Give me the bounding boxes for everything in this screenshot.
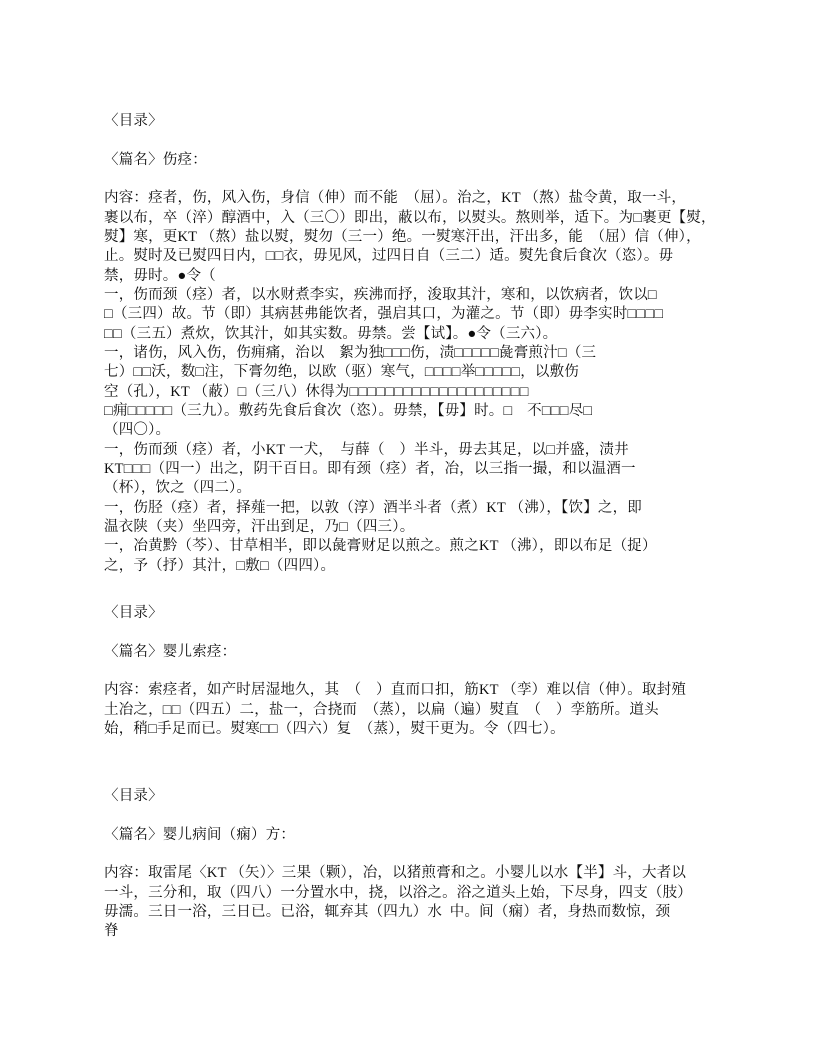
content-line: （四〇）。 (104, 421, 764, 440)
toc-marker: 〈目录〉 (104, 787, 764, 806)
blank-line (104, 131, 764, 150)
content-line: 禁，毋时。●令（ (104, 267, 764, 286)
section-yinger-bingjian: 〈目录〉 〈篇名〉婴儿病间（痫）方： 内容：取雷尾〈KT （矢）〉三果（颗），冶… (104, 787, 764, 942)
content-line: 温衣陕（夹）坐四旁，汗出到足，乃□（四三）。 (104, 518, 764, 537)
content-line: 熨】寒，更KT （熬）盐以熨，熨勿（三一）绝。一熨寒汗出，汗出多，能 （屈）信（… (104, 228, 764, 247)
blank-line (104, 170, 764, 189)
content-line: 毋濡。三日一浴，三日已。已浴，辄弃其（四九）水 中。间（痫）者，身热而数惊，颈 (104, 903, 764, 922)
content-line: 裹以布，卒（淬）醇酒中，入（三〇）即出，蔽以布，以熨头。熬则举，适下。为□裹更【… (104, 209, 764, 228)
blank-line (104, 845, 764, 864)
content-line: □□（三五）煮炊，饮其汁，如其实数。毋禁。尝【试】。●令（三六）。 (104, 325, 764, 344)
content-line: 七）□□沃，数□注，下膏勿绝，以欧（驱）寒气，□□□□举□□□□□，以敷伤 (104, 363, 764, 382)
document-page: 〈目录〉 〈篇名〉伤痉： 内容：痉者，伤，风入伤，身信（伸）而不能 （屈）。治之… (0, 0, 816, 1056)
content-line: 一，伤而颈（痉）者，小KT 一犬， 与薛（ ）半斗，毋去其足，以□并盛，渍井 (104, 441, 764, 460)
content-line: 之，予（抒）其汁，□敷□（四四）。 (104, 557, 764, 576)
section-title: 〈篇名〉伤痉： (104, 151, 764, 170)
content-line: 内容：索痉者，如产时居湿地久，其 （ ）直而口扣，筋KT （孪）难以信（伸）。取… (104, 681, 764, 700)
blank-line (104, 806, 764, 825)
content-line: 一斗，三分和，取（四八）一分置水中，挠，以浴之。浴之道头上始，下尽身，四支（肢） (104, 884, 764, 903)
content-line: 土冶之，□□（四五）二，盐一，合挠而 （蒸），以扁（遍）熨直 （ ）孪筋所。道头 (104, 701, 764, 720)
content-line: □（三四）故。节（即）其病甚弗能饮者，强启其口，为灌之。节（即）毋李实时□□□□ (104, 305, 764, 324)
section-content: 内容：索痉者，如产时居湿地久，其 （ ）直而口扣，筋KT （孪）难以信（伸）。取… (104, 681, 764, 739)
section-yinger-suojing: 〈目录〉 〈篇名〉婴儿索痉： 内容：索痉者，如产时居湿地久，其 （ ）直而口扣，… (104, 604, 764, 739)
content-line: 内容：痉者，伤，风入伤，身信（伸）而不能 （屈）。治之，KT （熬）盐令黄，取一… (104, 189, 764, 208)
toc-marker: 〈目录〉 (104, 112, 764, 131)
content-line: □痈□□□□□（三九）。敷药先食后食次（恣）。毋禁，【毋】时。□ 不□□□尽□ (104, 402, 764, 421)
content-line: 脊 (104, 922, 764, 941)
section-title: 〈篇名〉婴儿索痉： (104, 643, 764, 662)
section-content: 内容：痉者，伤，风入伤，身信（伸）而不能 （屈）。治之，KT （熬）盐令黄，取一… (104, 189, 764, 576)
content-line: KT□□□（四一）出之，阴干百日。即有颈（痉）者，冶，以三指一撮，和以温酒一 (104, 460, 764, 479)
content-line: 一，诸伤，风入伤，伤痈痛，治以 絮为独□□□伤，渍□□□□□彘膏煎汁□（三 (104, 344, 764, 363)
toc-marker: 〈目录〉 (104, 604, 764, 623)
content-line: 止。熨时及已熨四日内，□□衣，毋见风，过四日自（三二）适。熨先食后食次（恣）。毋 (104, 247, 764, 266)
section-title: 〈篇名〉婴儿病间（痫）方： (104, 826, 764, 845)
content-line: 一，伤胫（痉）者，择薤一把，以敦（淳）酒半斗者（煮）KT （沸），【饮】之，即 (104, 499, 764, 518)
blank-line (104, 662, 764, 681)
content-line: 一，冶黄黔（芩）、甘草相半，即以彘膏财足以煎之。煎之KT （沸），即以布足（捉） (104, 537, 764, 556)
content-line: 始，稍□手足而已。熨寒□□（四六）复 （蒸），熨干更为。令（四七）。 (104, 720, 764, 739)
content-line: 空（孔），KT （蔽）□（三八）休得为□□□□□□□□□□□□□□□□□□□□ (104, 383, 764, 402)
section-content: 内容：取雷尾〈KT （矢）〉三果（颗），冶，以猪煎膏和之。小婴儿以水【半】斗，大… (104, 864, 764, 941)
content-line: 内容：取雷尾〈KT （矢）〉三果（颗），冶，以猪煎膏和之。小婴儿以水【半】斗，大… (104, 864, 764, 883)
content-line: 一，伤而颈（痉）者，以水财煮李实，疾沸而抒，浚取其汁，寒和，以饮病者，饮以□ (104, 286, 764, 305)
section-shang-jing: 〈目录〉 〈篇名〉伤痉： 内容：痉者，伤，风入伤，身信（伸）而不能 （屈）。治之… (104, 112, 764, 576)
content-line: （杯），饮之（四二）。 (104, 479, 764, 498)
blank-line (104, 623, 764, 642)
